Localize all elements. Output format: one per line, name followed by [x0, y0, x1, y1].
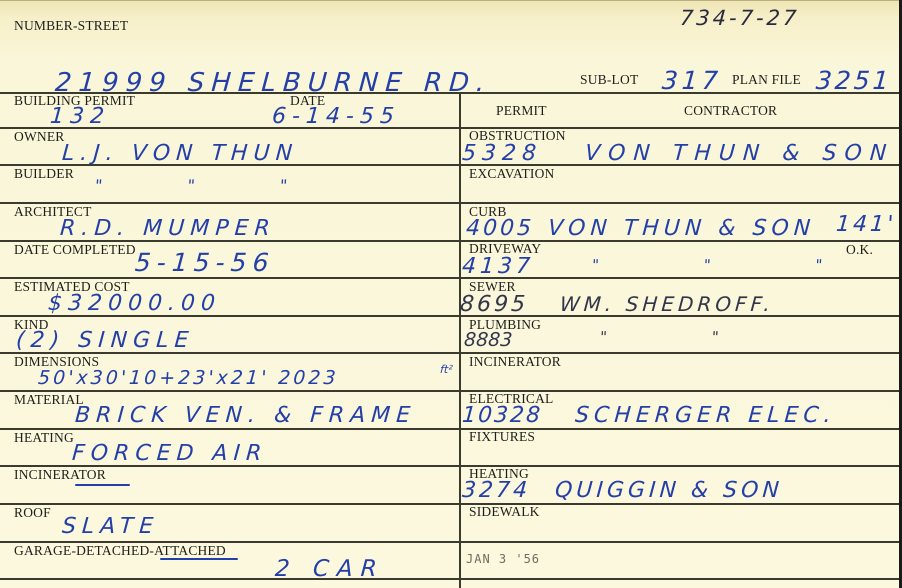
- architect-value: R.D. MUMPER: [59, 218, 276, 240]
- builder-value: " " ": [94, 178, 327, 194]
- sewer-permit: 8695: [459, 294, 529, 316]
- rule: [0, 428, 899, 430]
- obstruction-contractor: VON THUN & SON: [584, 143, 895, 165]
- estimated-cost-value: $32000.00: [47, 293, 222, 315]
- driveway-permit: 4137: [461, 256, 535, 278]
- heating-label: HEATING: [14, 431, 74, 445]
- plan-file-label: PLAN FILE: [732, 73, 801, 87]
- heating-value: FORCED AIR: [71, 443, 268, 465]
- number-street-label: NUMBER-STREET: [14, 19, 128, 33]
- incinerator-underline: [75, 484, 130, 486]
- incinerator-label: INCINERATOR: [14, 468, 106, 482]
- rule: [0, 503, 899, 505]
- electrical-permit: 10328: [461, 405, 543, 427]
- garage-value: 2 CAR: [274, 558, 385, 581]
- rule: [0, 127, 899, 129]
- owner-label: OWNER: [14, 130, 65, 144]
- column-divider: [459, 92, 461, 588]
- attached-underline: [160, 558, 238, 560]
- garage-label: GARAGE-DETACHED-ATTACHED: [14, 544, 226, 558]
- sub-lot-value: 317: [661, 68, 722, 93]
- heating-permit: 3274: [461, 480, 531, 502]
- rule: [0, 202, 899, 204]
- excavation-label: EXCAVATION: [469, 167, 555, 181]
- electrical-contractor: SCHERGER ELEC.: [574, 405, 836, 427]
- sewer-contractor: WM. SHEDROFF.: [559, 294, 774, 314]
- plumbing-permit: 8883: [463, 331, 513, 350]
- garage-label-b: ATTACHED: [154, 543, 226, 558]
- obstruction-permit: 5328: [461, 143, 543, 165]
- fixtures-label: FIXTURES: [469, 430, 535, 444]
- sub-lot-label: SUB-LOT: [580, 73, 638, 87]
- plumbing-contractor: " ": [599, 330, 769, 345]
- date-stamp: JAN 3 '56: [466, 552, 540, 566]
- rule: [0, 277, 899, 279]
- plan-file-value: 3251: [815, 68, 892, 93]
- driveway-note: O.K.: [846, 243, 873, 257]
- heating-contractor: QUIGGIN & SON: [554, 480, 783, 502]
- driveway-contractor: " " ": [591, 258, 872, 273]
- date-completed-label: DATE COMPLETED: [14, 243, 136, 257]
- sidewalk-label: SIDEWALK: [469, 505, 540, 519]
- kind-value: (2) SINGLE: [15, 330, 195, 352]
- rule: [0, 390, 899, 392]
- card-top-edge: [0, 0, 902, 1]
- permit-record-card: NUMBER-STREET 734-7-27 21999 SHELBURNE R…: [0, 0, 902, 588]
- date-value: 6-14-55: [271, 106, 400, 128]
- curb-permit: 4005: [465, 218, 535, 240]
- garage-label-a: GARAGE-DETACHED-: [14, 543, 154, 558]
- dimensions-value: 50'x30'10+23'x21' 2023: [37, 369, 339, 388]
- dimensions-suffix: ft²: [440, 364, 453, 375]
- roof-value: SLATE: [61, 516, 160, 538]
- file-number: 734-7-27: [679, 8, 800, 29]
- curb-contractor: VON THUN & SON: [547, 218, 816, 240]
- permit-header: PERMIT: [496, 104, 547, 118]
- material-value: BRICK VEN. & FRAME: [74, 405, 417, 427]
- owner-value: L.J. VON THUN: [61, 143, 299, 165]
- curb-note: 141': [835, 214, 897, 236]
- contractor-header: CONTRACTOR: [684, 104, 777, 118]
- builder-label: BUILDER: [14, 167, 74, 181]
- rule: [0, 578, 899, 580]
- date-completed-value: 5-15-56: [134, 250, 275, 275]
- building-permit-value: 132: [49, 106, 111, 128]
- incinerator-permit-label: INCINERATOR: [469, 355, 561, 369]
- material-label: MATERIAL: [14, 393, 84, 407]
- roof-label: ROOF: [14, 506, 51, 520]
